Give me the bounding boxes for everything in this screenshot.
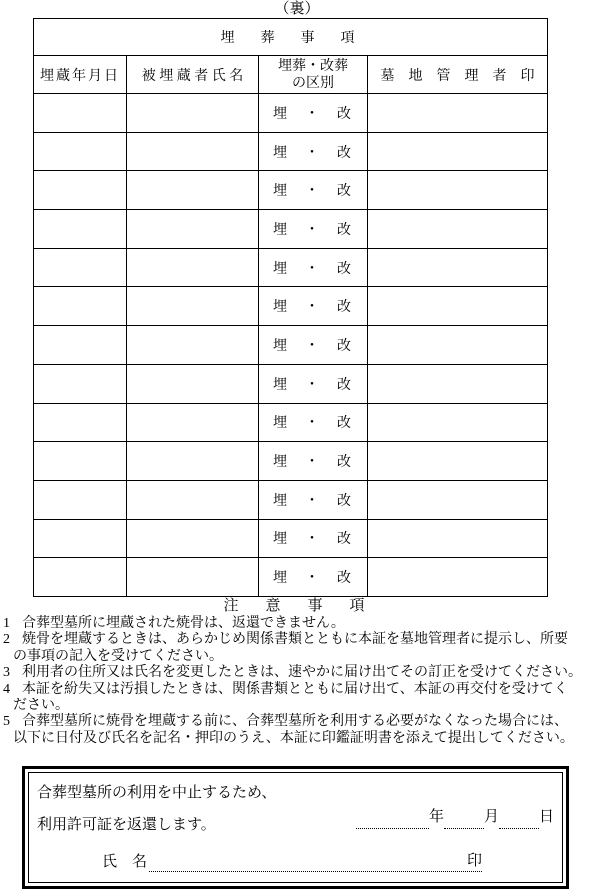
burial-date-cell xyxy=(34,403,127,442)
table-row: 埋 ・ 改 xyxy=(34,287,548,326)
manager-seal-cell xyxy=(368,210,548,249)
burial-date-cell xyxy=(34,171,127,210)
manager-seal-cell xyxy=(368,326,548,365)
seal-label: 印 xyxy=(467,851,482,871)
manager-seal-cell xyxy=(368,558,548,597)
manager-seal-cell xyxy=(368,442,548,481)
deceased-name-cell xyxy=(127,519,259,558)
page-side-label: （裏） xyxy=(0,0,594,18)
col-header-manager-seal: 墓 地 管 理 者 印 xyxy=(368,56,548,94)
manager-seal-cell xyxy=(368,287,548,326)
manager-seal-cell xyxy=(368,171,548,210)
col-header-burial-type-line2: の区別 xyxy=(259,75,367,92)
burial-date-cell xyxy=(34,480,127,519)
table-row: 埋 ・ 改 xyxy=(34,132,548,171)
table-title: 埋 葬 事 項 xyxy=(34,19,548,56)
note-text: 焼骨を埋蔵するときは、あらかじめ関係書類とともに本証を墓地管理者に提示し、所要 xyxy=(22,632,568,647)
note-text: 合葬型墓所に焼骨を埋蔵する前に、合葬型墓所を利用する必要がなくなった場合には、 xyxy=(22,714,568,729)
burial-date-cell xyxy=(34,248,127,287)
name-entry-row: 氏 名 印 xyxy=(37,851,554,872)
burial-type-cell: 埋 ・ 改 xyxy=(259,519,368,558)
burial-record-table: 埋 葬 事 項 埋蔵年月日 被 埋 蔵 者 氏 名 埋葬・改葬 の区別 墓 地 … xyxy=(33,18,548,597)
date-entry-line: 年 月 日 xyxy=(356,805,554,829)
burial-type-cell: 埋 ・ 改 xyxy=(259,94,368,133)
deceased-name-cell xyxy=(127,442,259,481)
burial-type-cell: 埋 ・ 改 xyxy=(259,326,368,365)
note-line: 5 合葬型墓所に焼骨を埋蔵する前に、合葬型墓所を利用する必要がなくなった場合には… xyxy=(0,714,594,730)
table-row: 埋 ・ 改 xyxy=(34,210,548,249)
note-line-continuation: ださい。 xyxy=(0,698,594,714)
burial-date-cell xyxy=(34,132,127,171)
burial-date-cell xyxy=(34,94,127,133)
deceased-name-cell xyxy=(127,248,259,287)
deceased-name-cell xyxy=(127,326,259,365)
caution-notes: 1 合葬型墓所に埋蔵された焼骨は、返還できません。 2 焼骨を埋蔵するときは、あ… xyxy=(0,616,594,747)
burial-date-cell xyxy=(34,326,127,365)
note-line: 2 焼骨を埋蔵するときは、あらかじめ関係書類とともに本証を墓地管理者に提示し、所… xyxy=(0,632,594,648)
note-line: 4 本証を紛失又は汚損したときは、関係書類とともに届け出て、本証の再交付を受けて… xyxy=(0,682,594,698)
return-declaration-box: 合葬型墓所の利用を中止するため、 利用許可証を返還します。 年 月 日 氏 名 … xyxy=(22,766,569,889)
table-row: 埋 ・ 改 xyxy=(34,364,548,403)
return-statement-line1: 合葬型墓所の利用を中止するため、 xyxy=(37,781,554,805)
return-statement-line2: 利用許可証を返還します。 xyxy=(37,813,216,837)
note-number: 3 xyxy=(3,665,10,681)
burial-date-cell xyxy=(34,287,127,326)
document-page: （裏） 埋 葬 事 項 埋蔵年月日 被 埋 蔵 者 氏 名 埋葬・改葬 の区別 … xyxy=(0,0,594,889)
note-line-continuation: 以下に日付及び氏名を記名・押印のうえ、本証に印鑑証明書を添えて提出してください。 xyxy=(0,731,594,747)
burial-date-cell xyxy=(34,364,127,403)
year-label: 年 xyxy=(429,805,444,829)
deceased-name-cell xyxy=(127,94,259,133)
table-row: 埋 ・ 改 xyxy=(34,403,548,442)
return-statement-line2-row: 利用許可証を返還します。 年 月 日 xyxy=(37,805,554,837)
deceased-name-cell xyxy=(127,171,259,210)
deceased-name-cell xyxy=(127,287,259,326)
table-row: 埋 ・ 改 xyxy=(34,480,548,519)
table-row: 埋 ・ 改 xyxy=(34,326,548,365)
return-declaration-inner: 合葬型墓所の利用を中止するため、 利用許可証を返還します。 年 月 日 氏 名 … xyxy=(28,772,563,883)
burial-type-cell: 埋 ・ 改 xyxy=(259,480,368,519)
col-header-burial-type: 埋葬・改葬 の区別 xyxy=(259,56,368,94)
note-number: 4 xyxy=(3,682,10,698)
note-text: 本証を紛失又は汚損したときは、関係書類とともに届け出て、本証の再交付を受けてく xyxy=(22,682,568,697)
table-title-row: 埋 葬 事 項 xyxy=(34,19,548,56)
manager-seal-cell xyxy=(368,94,548,133)
month-label: 月 xyxy=(484,805,499,829)
col-header-deceased-name: 被 埋 蔵 者 氏 名 xyxy=(127,56,259,94)
burial-date-cell xyxy=(34,210,127,249)
month-entry-field xyxy=(444,813,484,829)
table-row: 埋 ・ 改 xyxy=(34,248,548,287)
burial-type-cell: 埋 ・ 改 xyxy=(259,558,368,597)
burial-date-cell xyxy=(34,558,127,597)
table-row: 埋 ・ 改 xyxy=(34,94,548,133)
burial-type-cell: 埋 ・ 改 xyxy=(259,287,368,326)
day-entry-field xyxy=(499,813,539,829)
note-number: 2 xyxy=(3,632,10,648)
day-label: 日 xyxy=(539,805,554,829)
burial-type-cell: 埋 ・ 改 xyxy=(259,364,368,403)
deceased-name-cell xyxy=(127,364,259,403)
burial-date-cell xyxy=(34,519,127,558)
deceased-name-cell xyxy=(127,132,259,171)
manager-seal-cell xyxy=(368,364,548,403)
manager-seal-cell xyxy=(368,403,548,442)
manager-seal-cell xyxy=(368,480,548,519)
burial-type-cell: 埋 ・ 改 xyxy=(259,210,368,249)
table-row: 埋 ・ 改 xyxy=(34,442,548,481)
deceased-name-cell xyxy=(127,210,259,249)
caution-heading: 注 意 事 項 xyxy=(0,598,594,615)
manager-seal-cell xyxy=(368,132,548,171)
table-row: 埋 ・ 改 xyxy=(34,171,548,210)
table-row: 埋 ・ 改 xyxy=(34,519,548,558)
col-header-burial-type-line1: 埋葬・改葬 xyxy=(259,58,367,75)
note-line-continuation: の事項の記入を受けてください。 xyxy=(0,649,594,665)
table-row: 埋 ・ 改 xyxy=(34,558,548,597)
name-label: 氏 名 xyxy=(102,852,147,872)
manager-seal-cell xyxy=(368,519,548,558)
burial-date-cell xyxy=(34,442,127,481)
note-line: 3 利用者の住所又は氏名を変更したときは、速やかに届け出てその訂正を受けてくださ… xyxy=(0,665,594,681)
note-line: 1 合葬型墓所に埋蔵された焼骨は、返還できません。 xyxy=(0,616,594,632)
burial-type-cell: 埋 ・ 改 xyxy=(259,403,368,442)
note-number: 1 xyxy=(3,616,10,632)
burial-type-cell: 埋 ・ 改 xyxy=(259,442,368,481)
manager-seal-cell xyxy=(368,248,548,287)
deceased-name-cell xyxy=(127,403,259,442)
name-entry-field: 印 xyxy=(149,851,482,872)
note-text: 合葬型墓所に埋蔵された焼骨は、返還できません。 xyxy=(22,616,345,631)
burial-type-cell: 埋 ・ 改 xyxy=(259,171,368,210)
deceased-name-cell xyxy=(127,480,259,519)
burial-type-cell: 埋 ・ 改 xyxy=(259,248,368,287)
table-header-row: 埋蔵年月日 被 埋 蔵 者 氏 名 埋葬・改葬 の区別 墓 地 管 理 者 印 xyxy=(34,56,548,94)
deceased-name-cell xyxy=(127,558,259,597)
note-number: 5 xyxy=(3,714,10,730)
burial-type-cell: 埋 ・ 改 xyxy=(259,132,368,171)
col-header-burial-date: 埋蔵年月日 xyxy=(34,56,127,94)
year-entry-field xyxy=(356,813,429,829)
note-text: 利用者の住所又は氏名を変更したときは、速やかに届け出てその訂正を受けてください。 xyxy=(22,665,582,680)
